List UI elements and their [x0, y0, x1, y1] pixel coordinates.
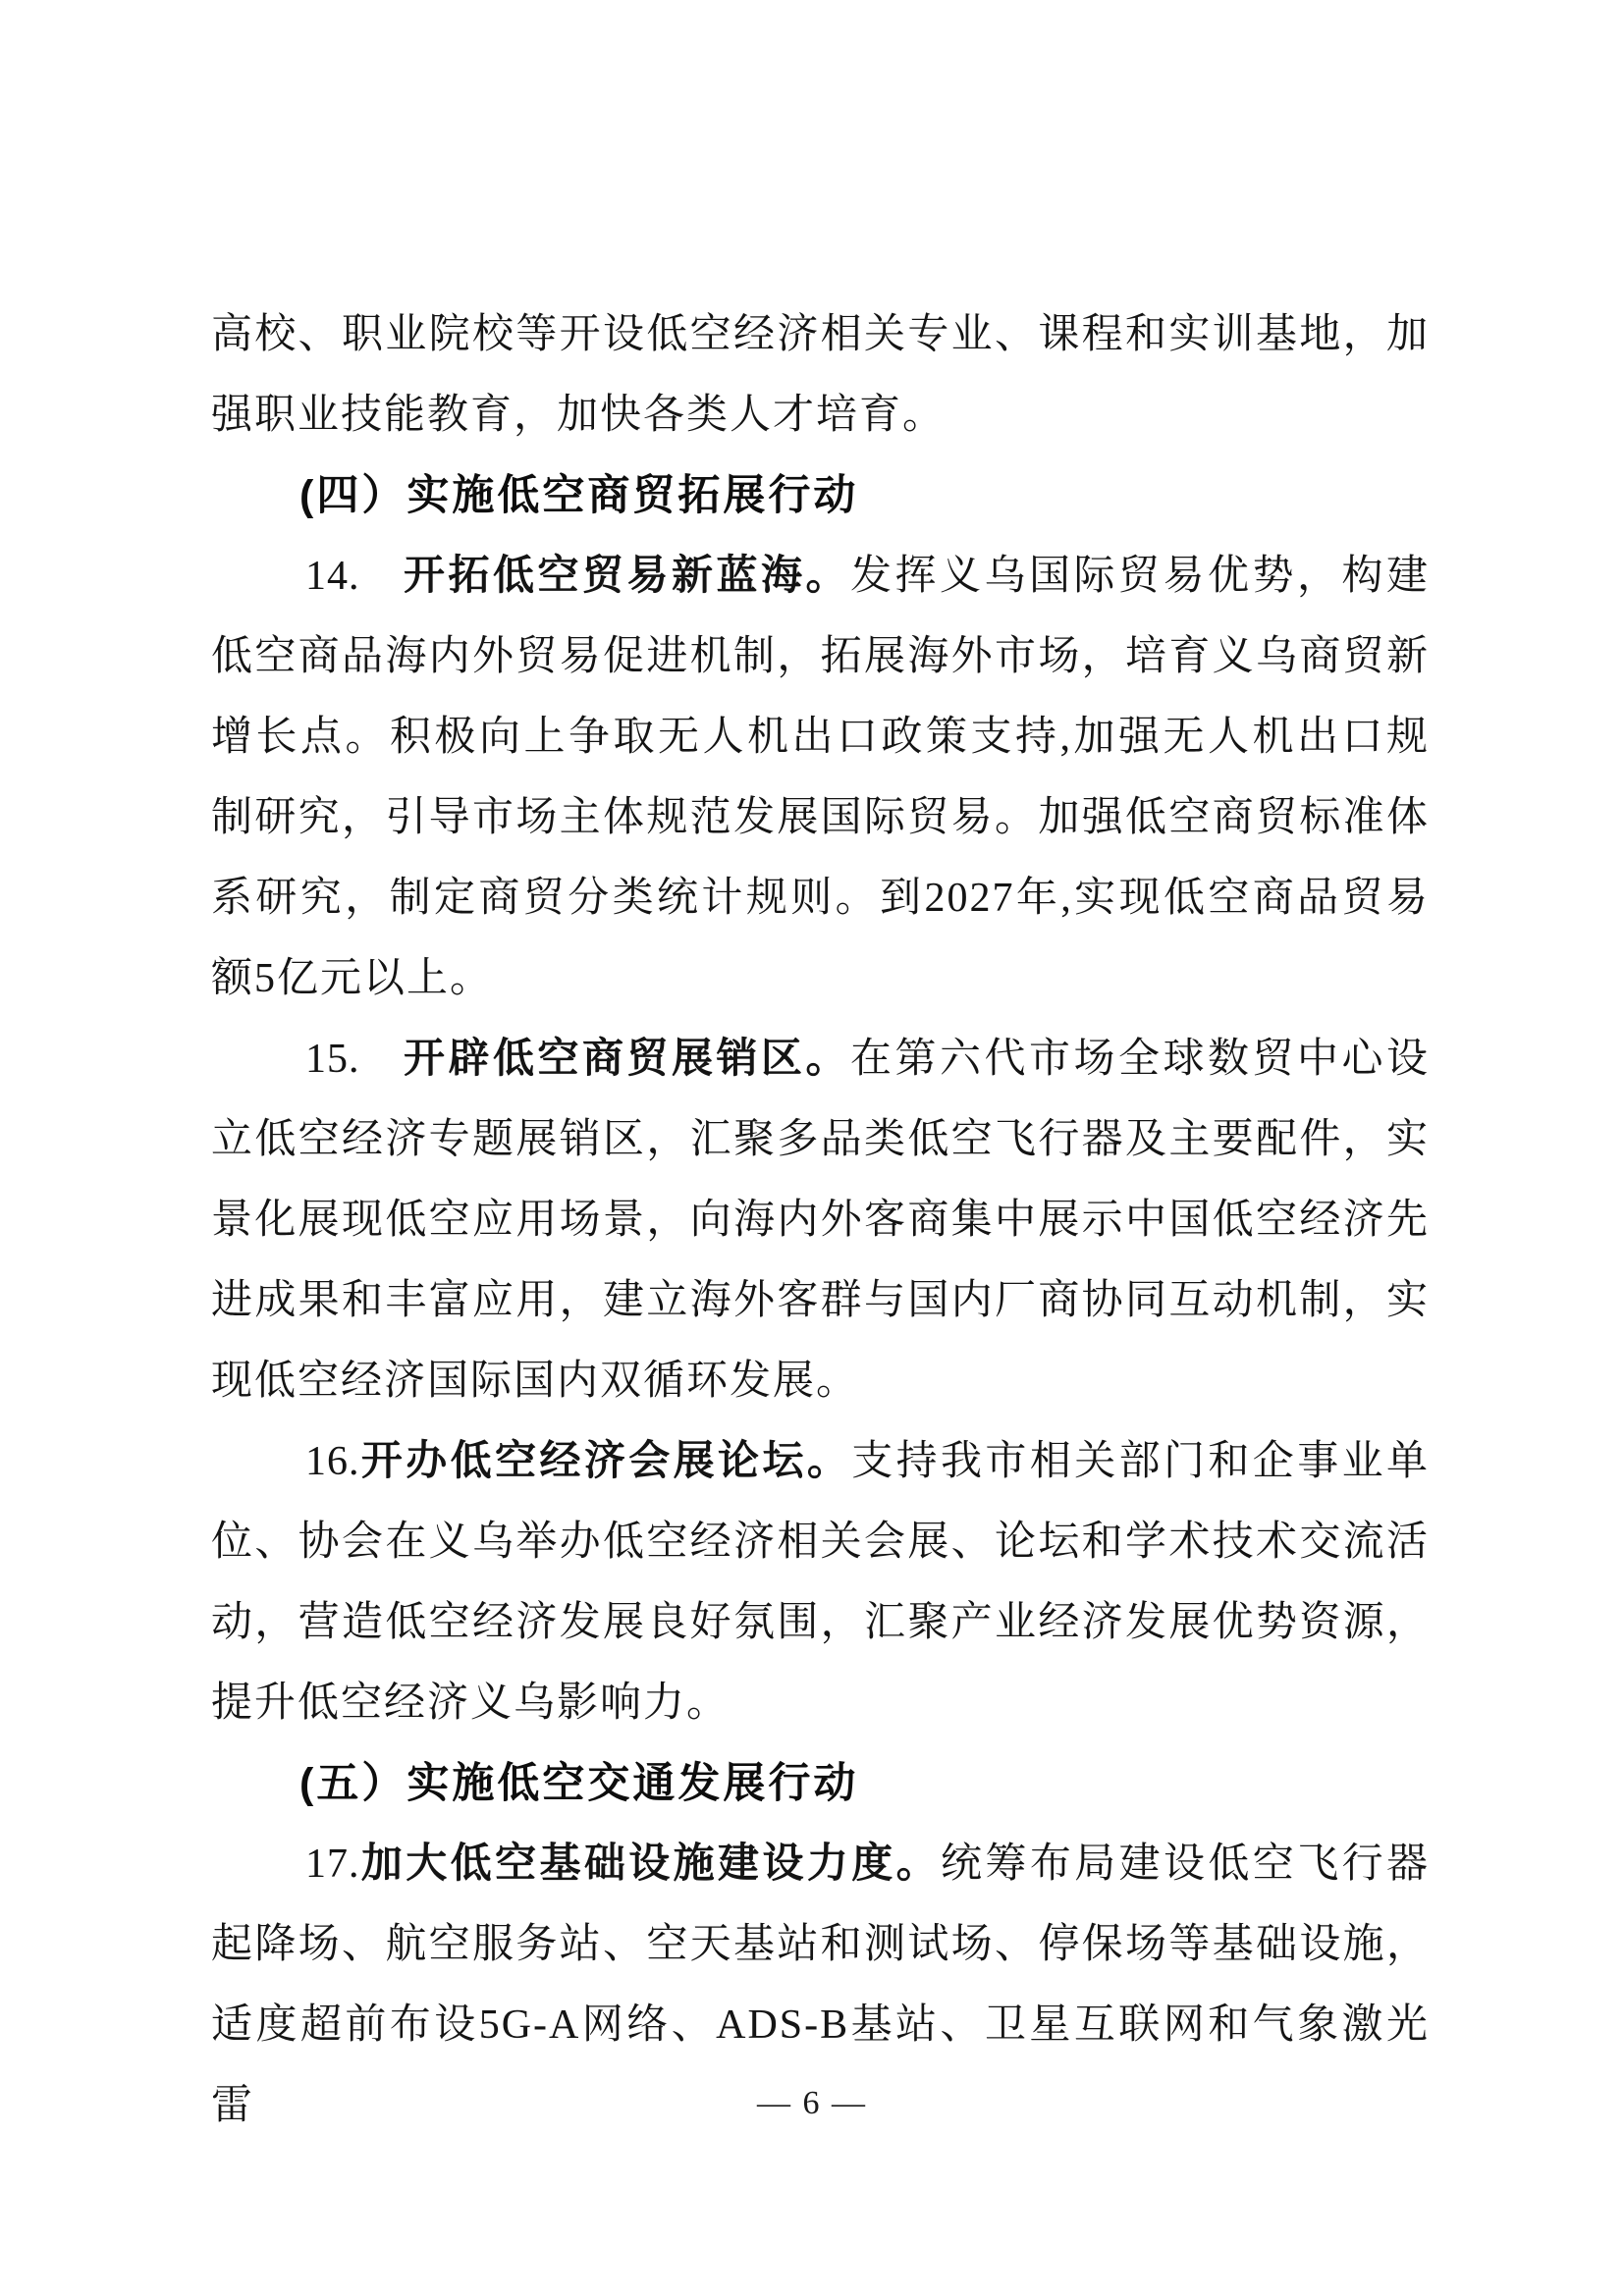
document-body: 高校、职业院校等开设低空经济相关专业、课程和实训基地，加强职业技能教育，加快各类… — [211, 294, 1430, 2146]
section-heading-4: (四）实施低空商贸拓展行动 — [211, 455, 1430, 536]
item-lead-17: 加大低空基础设施建设力度。 — [360, 1842, 942, 1887]
paragraph-continuation: 高校、职业院校等开设低空经济相关专业、课程和实训基地，加强职业技能教育，加快各类… — [211, 294, 1430, 455]
item-paragraph-14: 14. 开拓低空贸易新蓝海。发挥义乌国际贸易优势，构建低空商品海内外贸易促进机制… — [211, 536, 1430, 1019]
page-number: — 6 — — [757, 2085, 867, 2121]
page-footer: — 6 — — [0, 2083, 1624, 2124]
item-text-14: 发挥义乌国际贸易优势，构建低空商品海内外贸易促进机制，拓展海外市场，培育义乌商贸… — [211, 554, 1430, 1001]
item-lead-16: 开办低空经济会展论坛。 — [360, 1439, 852, 1484]
document-page: 高校、职业院校等开设低空经济相关专业、课程和实训基地，加强职业技能教育，加快各类… — [0, 0, 1624, 2296]
item-number-14: 14. — [305, 554, 403, 599]
item-number-16: 16. — [305, 1439, 360, 1484]
section-heading-5: (五）实施低空交通发展行动 — [211, 1743, 1430, 1824]
item-text-15: 在第六代市场全球数贸中心设立低空经济专题展销区，汇聚多品类低空飞行器及主要配件，… — [211, 1037, 1430, 1404]
item-lead-15: 开辟低空商贸展销区。 — [403, 1037, 851, 1082]
item-paragraph-15: 15. 开辟低空商贸展销区。在第六代市场全球数贸中心设立低空经济专题展销区，汇聚… — [211, 1019, 1430, 1421]
item-paragraph-16: 16.开办低空经济会展论坛。支持我市相关部门和企事业单位、协会在义乌举办低空经济… — [211, 1421, 1430, 1743]
item-number-15: 15. — [305, 1037, 403, 1082]
item-lead-14: 开拓低空贸易新蓝海。 — [403, 554, 851, 599]
item-number-17: 17. — [305, 1842, 360, 1887]
